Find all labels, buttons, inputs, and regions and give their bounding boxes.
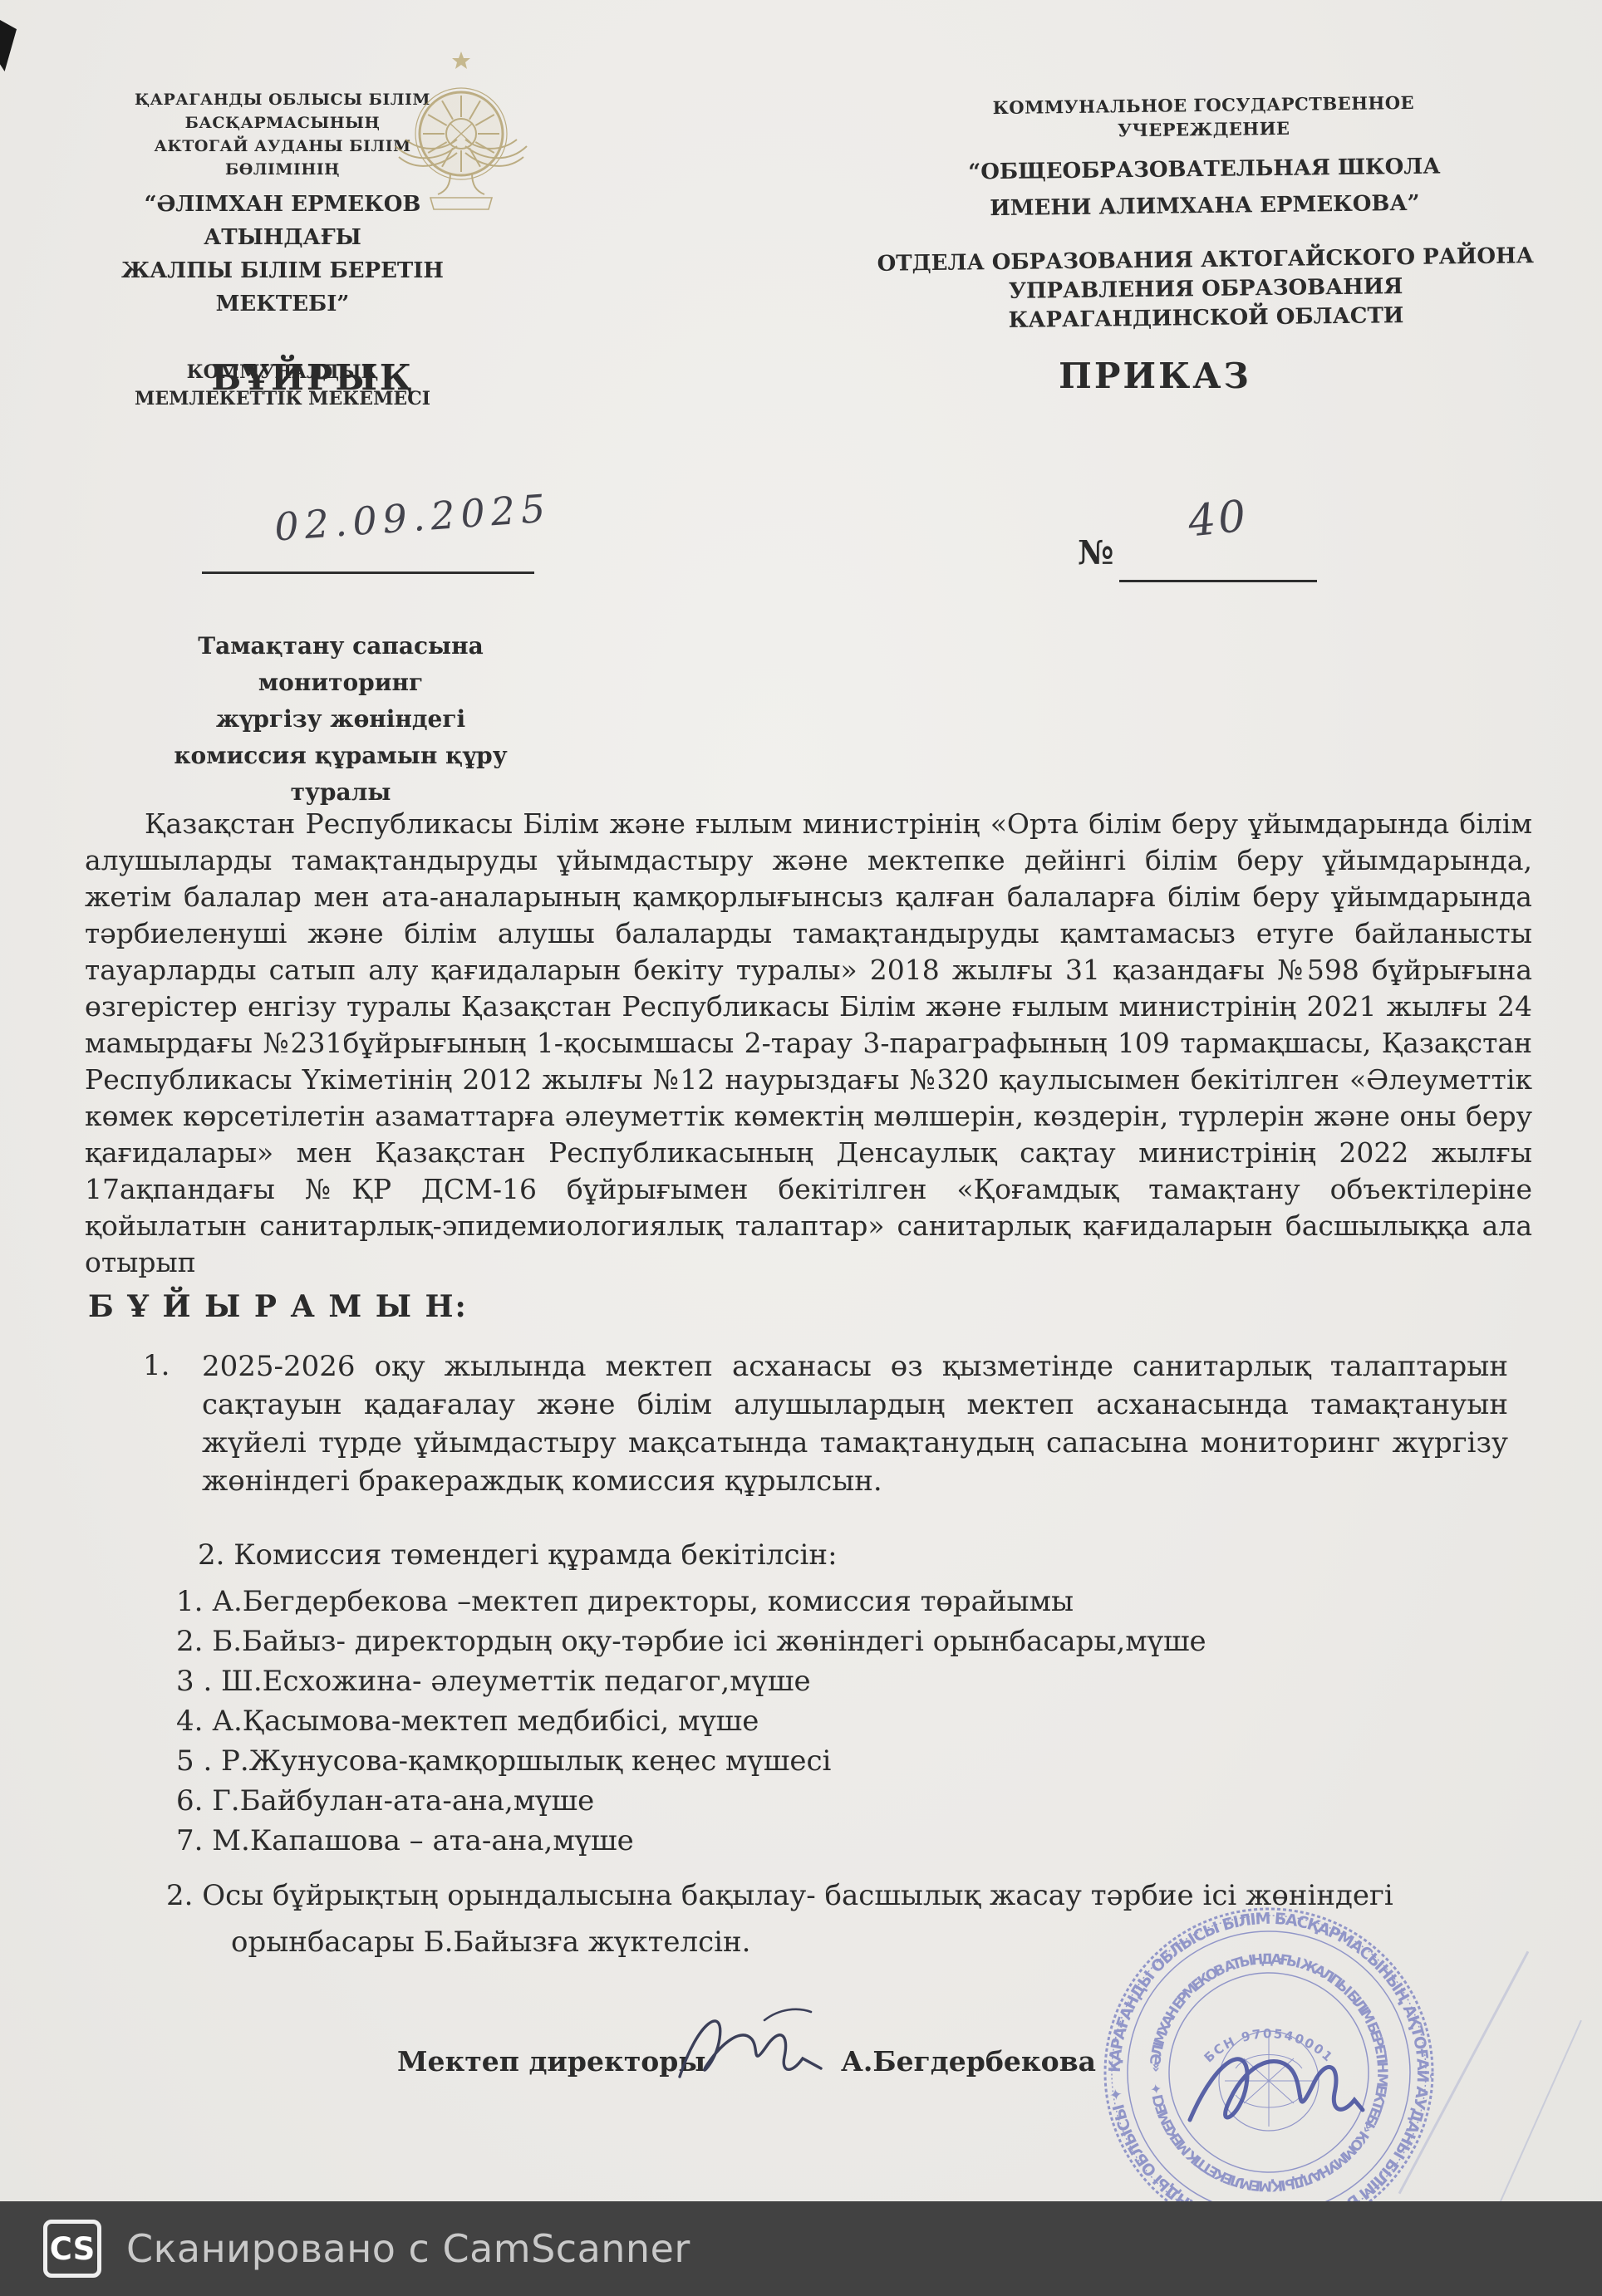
scanned-order-document: ҚАРАГАНДЫ ОБЛЫСЫ БІЛІМ БАСҚАРМАСЫНЫҢ АКТ…: [0, 0, 1602, 2296]
item2-line2: орынбасары Б.Байызға жүктелсін.: [231, 1926, 750, 1959]
commission-heading: 2. Комиссия төмендегі құрамда бекітілсін…: [198, 1538, 838, 1572]
doc-type-russian: ПРИКАЗ: [964, 356, 1346, 396]
commission-members-list: 1. А.Бегдербекова –мектеп директоры, ком…: [176, 1582, 1206, 1861]
camscanner-watermark-text: Сканировано с CamScanner: [126, 2201, 690, 2296]
camscanner-watermark-bar: CS Сканировано с CamScanner: [0, 2201, 1602, 2296]
item1-number: 1.: [143, 1349, 170, 1382]
doc-type-kazakh: БҰЙРЫҚ: [130, 357, 496, 398]
scan-artifact: [0, 20, 17, 71]
order-title: Тамақтану сапасына мониторинг жүргізу жө…: [141, 628, 540, 811]
order-title-line: комиссия құрамын құру туралы: [141, 738, 540, 811]
member-row: 4. А.Қасымова-мектеп медбибісі, мүше: [176, 1701, 1206, 1741]
order-title-line: Тамақтану сапасына мониторинг: [141, 628, 540, 701]
handwritten-number: 40: [1186, 491, 1251, 547]
handwritten-date: 02.09.2025: [273, 485, 553, 549]
number-underline: [1119, 580, 1317, 582]
school-name-line: ИМЕНИ АЛИМХАНА ЕРМЕКОВА”: [864, 184, 1545, 228]
member-row: 1. А.Бегдербекова –мектеп директоры, ком…: [176, 1582, 1206, 1621]
member-row: 3 . Ш.Есхожина- әлеуметтік педагог,мүше: [176, 1661, 1206, 1701]
member-row: 2. Б.Байыз- директордың оқу-тәрбие ісі ж…: [176, 1621, 1206, 1661]
director-signature: [665, 1987, 839, 2112]
member-row: 7. М.Капашова – ата-ана,мүше: [176, 1821, 1206, 1861]
signature-name: А.Бегдербекова: [841, 2045, 1096, 2078]
school-name-line: МЕКТЕБІ”: [100, 287, 465, 321]
stamp-signature: [1190, 2059, 1363, 2120]
member-row: 5 . Р.Жунусова-қамқоршылық кеңес мүшесі: [176, 1741, 1206, 1781]
date-underline: [202, 572, 534, 574]
school-name-line: ЖАЛПЫ БІЛІМ БЕРЕТІН: [100, 254, 465, 287]
camscanner-logo-icon: CS: [43, 2220, 101, 2278]
kazakhstan-emblem-icon: [384, 47, 538, 223]
preamble-paragraph: Қазақстан Республикасы Білім және ғылым …: [85, 806, 1532, 1281]
order-title-line: жүргізу жөніндегі: [141, 701, 540, 738]
item1-text: 2025-2026 оқу жылында мектеп асханасы өз…: [202, 1347, 1508, 1500]
member-row: 6. Г.Байбулан-ата-ана,мүше: [176, 1781, 1206, 1821]
number-sign: №: [1078, 533, 1113, 572]
signature-label: Мектеп директоры: [397, 2045, 705, 2078]
resolve-word: Б Ұ Й Ы Р А М Ы Н:: [88, 1289, 468, 1324]
org-header-russian: КОММУНАЛЬНОЕ ГОСУДАРСТВЕННОЕ УЧЕРЕЖДЕНИЕ…: [862, 89, 1546, 337]
official-stamp: ҚАРАҒАНДЫ ОБЛЫСЫ БІЛІМ БАСҚАРМАСЫНЫҢ АҚТ…: [1098, 1902, 1439, 2243]
